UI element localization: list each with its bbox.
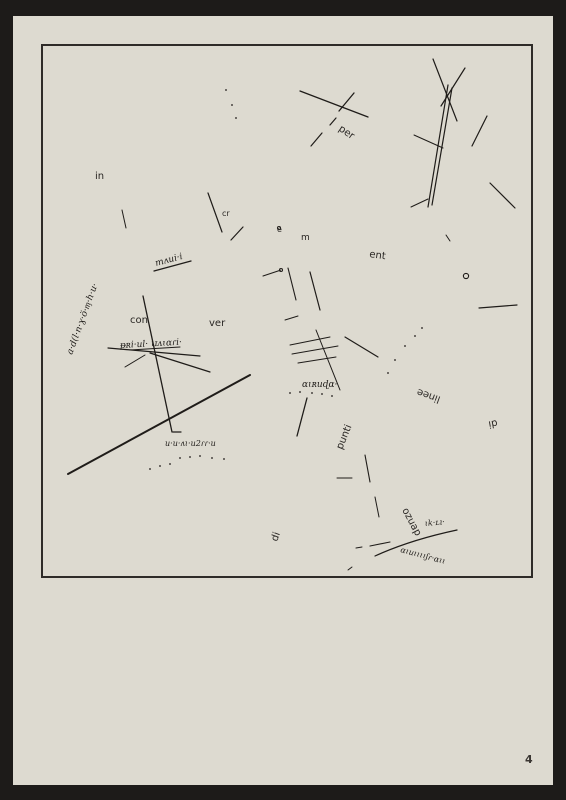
stroke xyxy=(370,542,390,546)
stroke xyxy=(292,346,338,354)
word-ozuap: ozuap xyxy=(399,506,423,538)
stroke xyxy=(472,116,487,146)
stroke xyxy=(411,199,428,207)
word-punti: punti xyxy=(335,423,355,451)
per-cross-line xyxy=(300,91,368,117)
stroke xyxy=(288,268,296,300)
stroke xyxy=(348,567,352,570)
arrow-stroke xyxy=(446,235,450,241)
stroke xyxy=(285,316,298,320)
word-m: m xyxy=(301,233,310,243)
word-per: per xyxy=(336,123,357,142)
stroke xyxy=(231,227,243,240)
stroke xyxy=(432,88,452,205)
long-diagonal-line xyxy=(68,375,250,474)
handwriting-right-bottom: ɑɩuɩɩɩɩʃɾ·ɑɩɩ xyxy=(399,545,446,566)
stroke xyxy=(433,59,457,121)
stroke xyxy=(310,272,320,310)
stroke xyxy=(345,337,378,357)
handwriting-right-bottom-upper: ɩk·ʟı· xyxy=(424,517,445,528)
word-linee: linee xyxy=(416,386,443,405)
stroke xyxy=(441,68,465,106)
stroke xyxy=(122,210,126,228)
stroke xyxy=(490,183,515,208)
handwriting-con-line: ᵽʀi·ul· ɩɪᴧɩɑɾi· xyxy=(120,338,183,351)
handwriting-slanted: u·u·ʌɩ·u2ɾɾ·u xyxy=(165,439,216,448)
word-in: in xyxy=(95,171,104,182)
stroke xyxy=(356,547,362,548)
stroke xyxy=(263,270,281,276)
stroke xyxy=(298,357,336,363)
stroke xyxy=(297,398,307,436)
word-cr: cr xyxy=(222,209,230,218)
stroke xyxy=(290,337,330,345)
word-di-right: di xyxy=(487,417,498,429)
visual-poem-artwork: in per cr e m ent con ver linee di punti… xyxy=(0,0,566,800)
stroke xyxy=(125,355,145,367)
word-con: con xyxy=(130,315,148,326)
handwriting-center: ɑɩʀuɖɑ· xyxy=(302,380,338,390)
stroke xyxy=(479,305,517,308)
stroke xyxy=(311,133,322,146)
stroke xyxy=(375,497,379,517)
stroke xyxy=(208,193,222,232)
stroke xyxy=(330,118,336,125)
handwriting-arc-left: a·d(l·n·ɣ·ö·ᶆ·h·u· xyxy=(64,282,100,356)
stroke xyxy=(365,455,370,482)
word-e: e xyxy=(277,225,282,234)
word-ver: ver xyxy=(209,318,226,329)
word-ent: ent xyxy=(369,249,387,262)
page-number: 4 xyxy=(525,753,533,766)
word-di-bottom: di xyxy=(269,531,282,543)
